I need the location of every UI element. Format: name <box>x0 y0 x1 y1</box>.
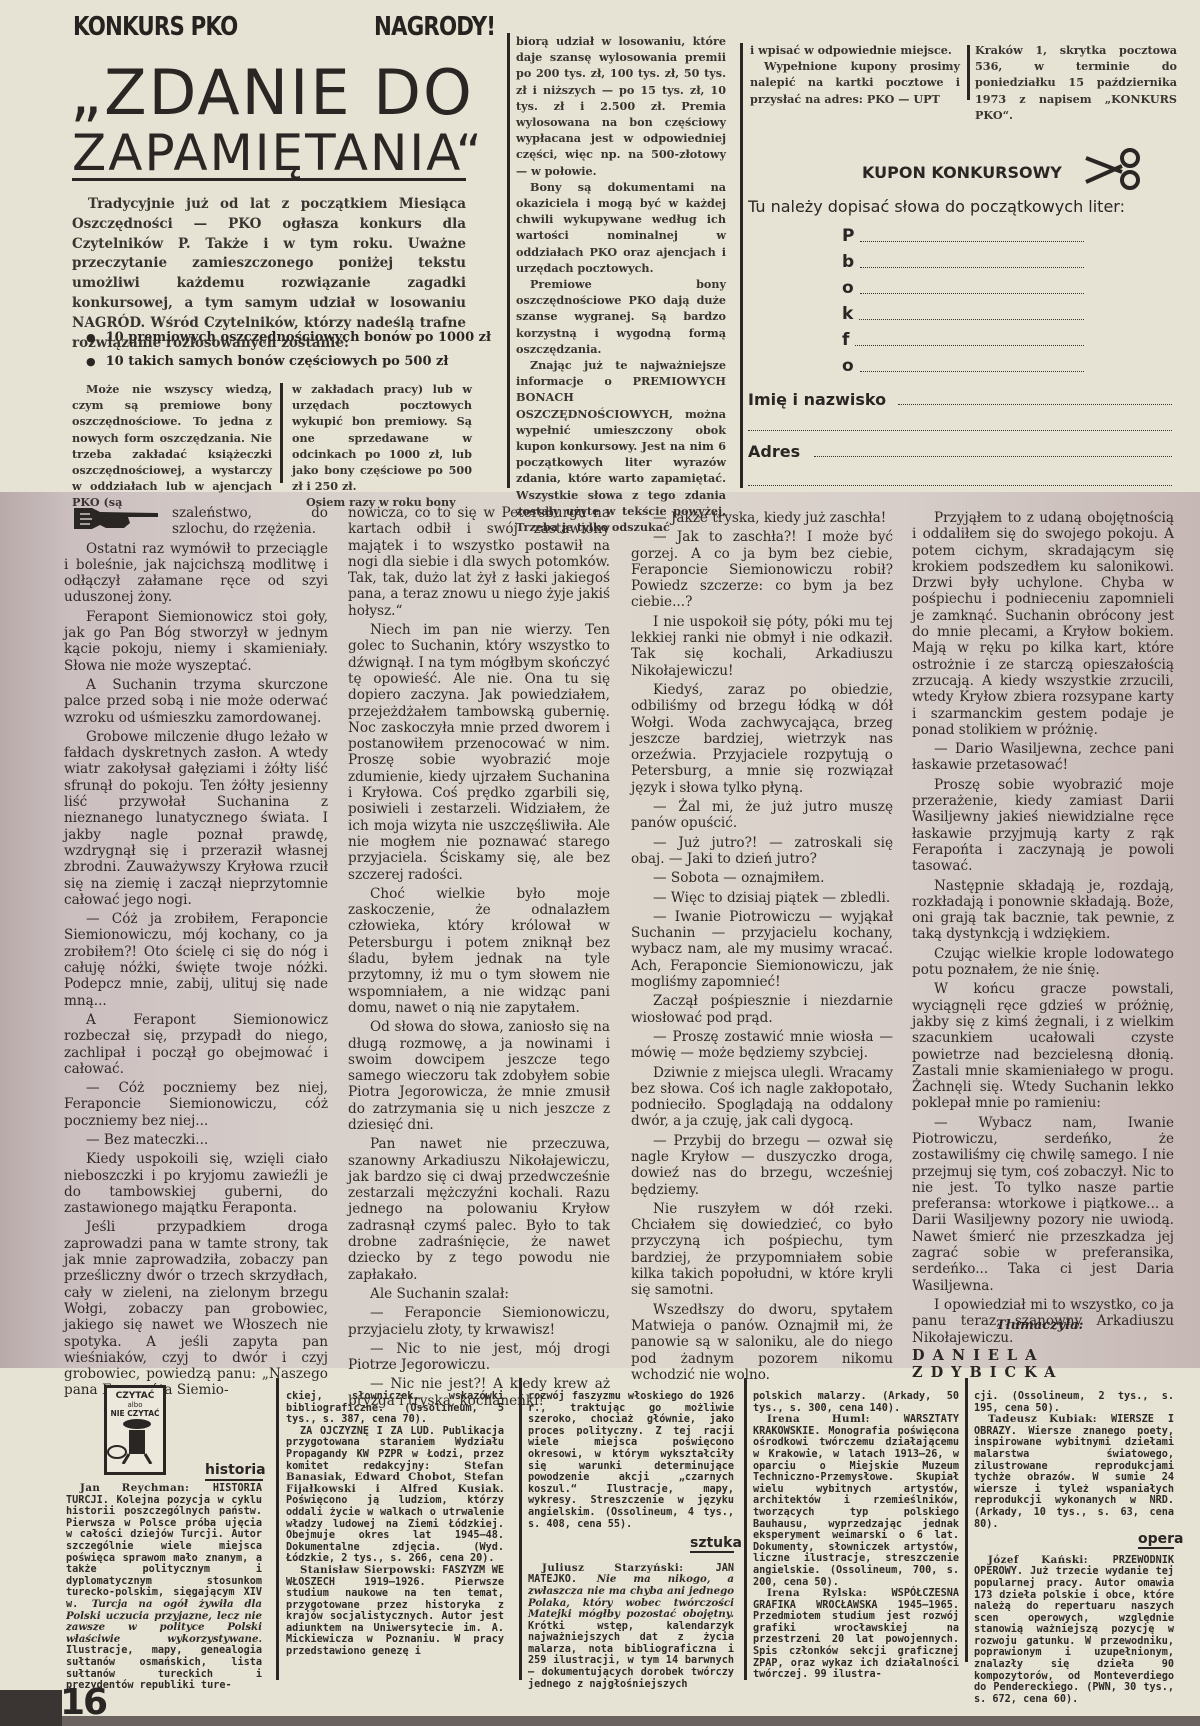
story-paragraph: Ale Suchanin szalał: <box>348 1286 610 1302</box>
reviews-col-5: cji. (Ossolineum, 2 tys., s. 195, cena 5… <box>974 1391 1174 1705</box>
story-paragraph: — Bez mateczki... <box>64 1132 328 1148</box>
story-paragraph: — Jak to zaschła?! I może być gorzej. A … <box>631 529 893 610</box>
coupon-letter-field-3[interactable]: o <box>842 278 1084 298</box>
column-divider <box>744 1378 747 1680</box>
story-paragraph: — Przybij do brzegu — ozwał się nagle Kr… <box>631 1133 893 1198</box>
coupon-address-field-line2[interactable] <box>748 485 1172 486</box>
letter-label: k <box>842 304 853 324</box>
coupon-instruction: Tu należy dopisać słowa do początkowych … <box>748 197 1125 216</box>
logo-text: albo <box>107 1401 163 1409</box>
coupon-letter-field-1[interactable]: P <box>842 226 1084 246</box>
rules-text: biorą udział w losowaniu, które daje sza… <box>516 33 726 179</box>
column-divider <box>965 1378 968 1662</box>
coupon-letter-field-4[interactable]: k <box>842 304 1084 324</box>
story-paragraph: Czując wielkie krople lodowatego potu po… <box>912 946 1174 979</box>
story-paragraph: Od słowa do słowa, zaniosło się na długą… <box>348 1019 610 1133</box>
rules-col-3: biorą udział w losowaniu, które daje sza… <box>516 33 726 535</box>
story-paragraph: Choć wielkie było moje zaskoczenie, że o… <box>348 886 610 1016</box>
story-paragraph: — Już jutro?! — zatroskali się obaj. — J… <box>631 835 893 868</box>
story-paragraph: — Jakże tryska, kiedy już zaschła! <box>631 510 893 526</box>
column-divider <box>276 1378 279 1680</box>
story-paragraph: Proszę sobie wyobrazić moje przerażenie,… <box>912 777 1174 875</box>
rules-text: w zakładach pracy) lub w urzędach poczto… <box>292 381 472 494</box>
rules-text: Kraków 1, skrytka pocztowa 536, w termin… <box>975 42 1177 123</box>
page-title-line2: ZAPAMIĘTANIA“ <box>72 128 484 178</box>
story-paragraph: A Ferapont Siemionowicz rozbeczał się, p… <box>64 1012 328 1077</box>
page-title-line1: „ZDANIE DO <box>70 62 474 124</box>
story-paragraph: — Feraponcie Siemionowiczu, przyjacielu … <box>348 1305 610 1338</box>
coupon-letter-field-6[interactable]: o <box>842 356 1084 376</box>
kicker-nagrody: NAGRODY! <box>374 12 495 42</box>
story-paragraph: — Nic to nie jest, mój drogi Piotrze Jeg… <box>348 1341 610 1374</box>
story-paragraph: Ostatni raz wymówił to przeciągle i bole… <box>64 541 328 606</box>
rules-text: i wpisać w odpowiednie miejsce. <box>750 42 960 58</box>
rules-text: Wypełnione kupony prosimy nalepić na kar… <box>750 58 960 107</box>
review-author: Jan Reychman: <box>80 1482 189 1494</box>
review-author: Józef Kański: <box>988 1554 1088 1566</box>
review-author: Irena Huml: <box>767 1413 870 1425</box>
section-label-historia: historia <box>205 1462 263 1481</box>
kicker-konkurs-pko: KONKURS PKO <box>73 12 237 42</box>
story-paragraph: A Suchanin trzyma skurczone palce przed … <box>64 677 328 726</box>
rules-col-2: w zakładach pracy) lub w urzędach poczto… <box>292 381 472 511</box>
title-rule <box>72 178 466 181</box>
reviews-col-2: ckiej, słowniczek, wskazówki bibliografi… <box>286 1391 504 1658</box>
prize-item-1: 10 premiowych oszczędnościowych bonów po… <box>86 330 491 345</box>
story-paragraph: Zaczął pośpiesznie i niezdarnie wiosłowa… <box>631 993 893 1026</box>
review-text: PRZEWODNIK OPEROWY. Już trzecie wydanie … <box>974 1555 1174 1705</box>
page-edge-shadow <box>0 1690 62 1726</box>
story-col-1: szaleństwo, do szlochu, do rzężenia. Ost… <box>64 505 328 1402</box>
story-paragraph: Wszedłszy do dworu, spytałem Matwieja o … <box>631 1302 893 1383</box>
review-text: Krótki wstęp, kalendarzyk najważniejszyc… <box>528 1621 734 1690</box>
story-col-3: — Jakże tryska, kiedy już zaschła! — Jak… <box>631 510 893 1386</box>
story-paragraph: — Cóż ja zrobiłem, Feraponcie Siemionowi… <box>64 911 328 1009</box>
review-text: WSPÓŁCZESNA GRAFIKA WROCŁAWSKA 1945—1965… <box>753 1588 959 1680</box>
review-author: Stanisław Sierpowski: <box>300 1564 436 1576</box>
letter-label: P <box>842 226 854 246</box>
coupon-title: KUPON KONKURSOWY <box>862 163 1062 182</box>
review-title: ZA OJCZYZNĘ I ZA LUD. <box>300 1426 435 1437</box>
review-author: Tadeusz Kubiak: <box>988 1413 1097 1425</box>
coupon-letter-field-2[interactable]: b <box>842 252 1084 272</box>
review-text: WARSZTATY KRAKOWSKIE. Monografia poświęc… <box>753 1414 959 1587</box>
story-paragraph: Kiedy uspokoili się, wzięli ciało niebos… <box>64 1151 328 1216</box>
story-paragraph: — Wybacz nam, Iwanie Piotrowiczu, serdeń… <box>912 1115 1174 1294</box>
czytac-logo: CZYTAĆ albo NIE CZYTAĆ <box>104 1385 166 1475</box>
letter-label: o <box>842 278 854 298</box>
translator-label: Tłumaczyła: <box>996 1318 1083 1333</box>
story-paragraph: Przyjąłem to z udaną obojętnością i odda… <box>912 510 1174 738</box>
story-paragraph: Grobowe milczenie długo leżało w fałdach… <box>64 729 328 908</box>
coupon-name-field-line2[interactable] <box>748 430 1172 431</box>
coupon-border <box>740 43 743 488</box>
reviews-col-3: rozwój faszyzmu włoskiego do 1926 r., tr… <box>528 1391 734 1690</box>
story-paragraph: W końcu gracze powstali, wyciągnęli ręce… <box>912 981 1174 1111</box>
prize-item-2: 10 takich samych bonów częściowych po 50… <box>86 354 448 369</box>
story-paragraph: — Żal mi, że już jutro muszę panów opuśc… <box>631 799 893 832</box>
story-paragraph: — Iwanie Piotrowiczu — wyjąkał Suchanin … <box>631 909 893 990</box>
section-label-sztuka: sztuka <box>690 1538 734 1553</box>
review-text: WIERSZE I OBRAZY. Wiersze znanego poety,… <box>974 1414 1174 1529</box>
scissors-icon <box>1084 148 1144 190</box>
letter-label: o <box>842 356 854 376</box>
rules-col-4: i wpisać w odpowiednie miejsce. Wypełnio… <box>750 42 960 107</box>
name-label: Imię i nazwisko <box>748 390 886 409</box>
story-paragraph: szaleństwo, do szlochu, do rzężenia. <box>172 505 328 538</box>
story-paragraph: — Więc to dzisiaj piątek — zbledli. <box>631 890 893 906</box>
story-paragraph: — Proszę zostawić mnie wiosła — mówię — … <box>631 1029 893 1062</box>
column-divider <box>519 1378 522 1680</box>
review-text: Poświęcono ją ludziom, którzy oddali życ… <box>286 1495 504 1564</box>
rules-text: Premiowe bony oszczędnościowe PKO dają d… <box>516 276 726 357</box>
coupon-letter-field-5[interactable]: f <box>842 330 1084 350</box>
letter-label: f <box>842 330 849 350</box>
coupon-address-field[interactable]: Adres <box>748 442 1172 461</box>
story-paragraph: Następnie składają je, rozdają, rozkłada… <box>912 878 1174 943</box>
story-col-4: Przyjąłem to z udaną obojętnością i odda… <box>912 510 1174 1349</box>
review-quote: Turcja na ogół żywiła dla Polski uczucia… <box>66 1598 262 1645</box>
story-paragraph: — Dario Wasiljewna, zechce pani łaskawie… <box>912 741 1174 774</box>
review-text: HISTORIA TURCJI. Kolejna pozycja w cyklu… <box>66 1483 262 1610</box>
rules-col-5: Kraków 1, skrytka pocztowa 536, w termin… <box>975 42 1177 123</box>
story-paragraph: Niech im pan nie wierzy. Ten golec to Su… <box>348 622 610 883</box>
column-divider <box>280 383 283 483</box>
review-text: polskich malarzy. (Arkady, 50 tys., s. 3… <box>753 1391 959 1414</box>
rules-text: Może nie wszyscy wiedzą, czym są premiow… <box>72 381 272 511</box>
story-paragraph: Kiedyś, zaraz po obiedzie, odbiliśmy od … <box>631 682 893 796</box>
story-paragraph: Dziwnie z miejsca ulegli. Wracamy bez sł… <box>631 1065 893 1130</box>
logo-text: CZYTAĆ <box>107 1391 163 1401</box>
review-text: ckiej, słowniczek, wskazówki bibliografi… <box>286 1391 504 1426</box>
rules-text: Bony są dokumentami na okaziciela i mogą… <box>516 179 726 276</box>
reader-figure-icon <box>107 1418 163 1464</box>
page-bottom-edge <box>62 1716 1200 1726</box>
story-paragraph: I nie uspokoił się póty, póki mu tej lek… <box>631 614 893 679</box>
story-paragraph: — Cóż poczniemy bez niej, Feraponcie Sie… <box>64 1080 328 1129</box>
story-paragraph: Jeśli przypadkiem droga zaprowadzi pana … <box>64 1219 328 1398</box>
story-paragraph: nowicza, co to się w Petersburgu na kart… <box>348 505 610 619</box>
letter-label: b <box>842 252 854 272</box>
story-paragraph: Nie ruszyłem w dół rzeki. Chciałem się d… <box>631 1201 893 1299</box>
story-paragraph: Ferapont Siemionowicz stoi goły, jak go … <box>64 609 328 674</box>
reviews-col-1: Jan Reychman: HISTORIA TURCJI. Kolejna p… <box>66 1483 262 1692</box>
logo-text: NIE CZYTAĆ <box>107 1409 163 1418</box>
column-divider <box>507 33 510 488</box>
review-author: Juliusz Starzyński: <box>542 1562 683 1574</box>
review-author: Irena Rylska: <box>767 1587 867 1599</box>
story-paragraph: — Sobota — oznajmiłem. <box>631 870 893 886</box>
story-col-2: nowicza, co to się w Petersburgu na kart… <box>348 505 610 1412</box>
review-text: cji. (Ossolineum, 2 tys., s. 195, cena 5… <box>974 1391 1174 1414</box>
reviews-col-4: polskich malarzy. (Arkady, 50 tys., s. 3… <box>753 1391 959 1681</box>
review-text: FASZYZM WE WŁOSZECH 1919—1926. Pierwsze … <box>286 1565 504 1657</box>
column-divider <box>967 45 970 100</box>
translator-name: DANIELA ZDYBICKA <box>912 1347 1200 1381</box>
coupon-name-field[interactable]: Imię i nazwisko <box>748 390 1172 409</box>
address-label: Adres <box>748 442 800 461</box>
rules-col-1: Może nie wszyscy wiedzą, czym są premiow… <box>72 381 272 511</box>
section-label-opera: opera <box>1138 1534 1174 1549</box>
story-paragraph: Pan nawet nie przeczuwa, szanowny Arkadi… <box>348 1136 610 1283</box>
review-text: rozwój faszyzmu włoskiego do 1926 r., tr… <box>528 1391 734 1530</box>
